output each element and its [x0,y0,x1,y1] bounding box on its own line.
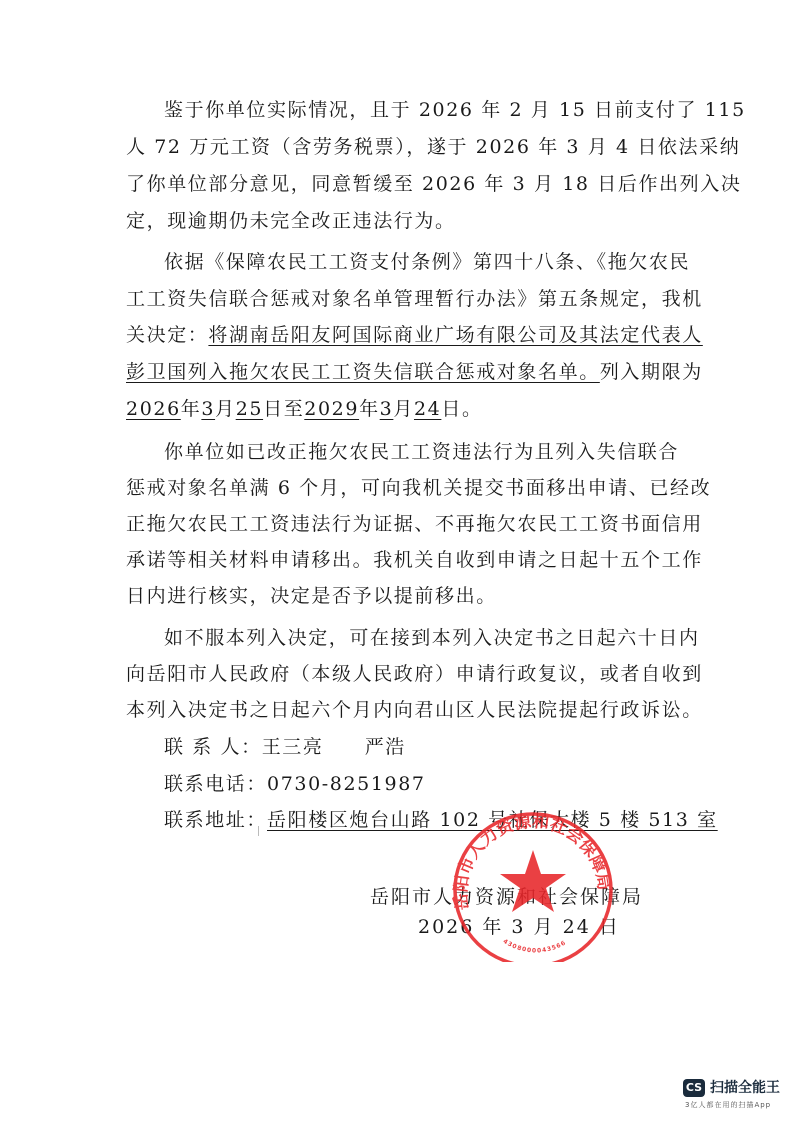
paragraph4-line2: 向岳阳市人民政府（本级人民政府）申请行政复议，或者自收到 [126,662,661,686]
document-page: 鉴于你单位实际情况，且于 2026 年 2 月 15 日前支付了 115 人 7… [0,0,793,1122]
paragraph1-line2: 人 72 万元工资（含劳务税票），遂于 2026 年 3 月 4 日依法采纳 [126,135,661,159]
scan-mark [258,826,259,836]
to-label: 至 [284,398,305,420]
contact-person-label: 联 系 人： [164,736,262,758]
paragraph2-line4: 彭卫国列入拖欠农民工工资失信联合惩戒对象名单。列入期限为 [126,360,661,384]
svg-text:4308000043566: 4308000043566 [502,938,568,955]
year-label: 年 [181,398,202,420]
end-year: 2029 [304,398,359,420]
contact-phone-value: 0730-8251987 [267,773,426,795]
listed-entity-part2: 彭卫国列入拖欠农民工工资失信联合惩戒对象名单。 [126,361,600,383]
contact-person-value: 王三亮 严浩 [262,736,406,758]
paragraph2-line3: 关决定：将湖南岳阳友阿国际商业广场有限公司及其法定代表人 [126,323,661,347]
contact-address-label: 联系地址： [164,809,267,831]
listed-entity-part1: 将湖南岳阳友阿国际商业广场有限公司及其法定代表人 [208,324,702,346]
watermark-subtitle: 3亿人都在用的扫描App [685,1100,771,1110]
paragraph1-line1: 鉴于你单位实际情况，且于 2026 年 2 月 15 日前支付了 115 [164,98,661,122]
official-seal-icon: 岳阳市人力资源和社会保障局 4308000043566 [428,812,638,962]
month-label: 月 [215,398,236,420]
start-year: 2026 [126,398,181,420]
listing-period: 2026年3月25日至2029年3月24日。 [126,397,661,421]
decision-prefix: 关决定： [126,324,208,346]
contact-person: 联 系 人：王三亮 严浩 [164,735,406,759]
start-day: 25 [236,398,263,420]
watermark-title: 扫描全能王 [710,1077,780,1099]
paragraph2-line1: 依据《保障农民工工资支付条例》第四十八条、《拖欠农民 [164,250,661,274]
paragraph3-line2: 惩戒对象名单满 6 个月，可向我机关提交书面移出申请、已经改 [126,476,661,500]
paragraph1-line4: 定，现逾期仍未完全改正违法行为。 [126,209,661,233]
paragraph1-line3: 了你单位部分意见，同意暂缓至 2026 年 3 月 18 日后作出列入决 [126,172,661,196]
paragraph3-line4: 承诺等相关材料申请移出。我机关自收到申请之日起十五个工作 [126,548,661,572]
paragraph2-line2: 工工资失信联合惩戒对象名单管理暂行办法》第五条规定，我机 [126,287,661,311]
month-label: 月 [393,398,414,420]
end-punct: 。 [462,398,483,420]
paragraph4-line1: 如不服本列入决定，可在接到本列入决定书之日起六十日内 [164,626,661,650]
contact-phone: 联系电话：0730-8251987 [164,772,426,796]
paragraph4-line3: 本列入决定书之日起六个月内向君山区人民法院提起行政诉讼。 [126,698,661,722]
end-month: 3 [380,398,394,420]
paragraph3-line5: 日内进行核实，决定是否予以提前移出。 [126,584,661,608]
paragraph3-line1: 你单位如已改正拖欠农民工工资违法行为且列入失信联合 [164,440,661,464]
camscanner-watermark: CS 扫描全能王 3亿人都在用的扫描App [683,1077,788,1113]
period-prefix: 列入期限为 [600,361,703,383]
contact-phone-label: 联系电话： [164,773,267,795]
year-label: 年 [359,398,380,420]
day-label: 日 [263,398,284,420]
camscanner-logo-icon: CS [683,1079,705,1097]
start-month: 3 [201,398,215,420]
end-day: 24 [414,398,441,420]
day-label: 日 [441,398,462,420]
paragraph3-line3: 正拖欠农民工工资违法行为证据、不再拖欠农民工工资书面信用 [126,512,661,536]
